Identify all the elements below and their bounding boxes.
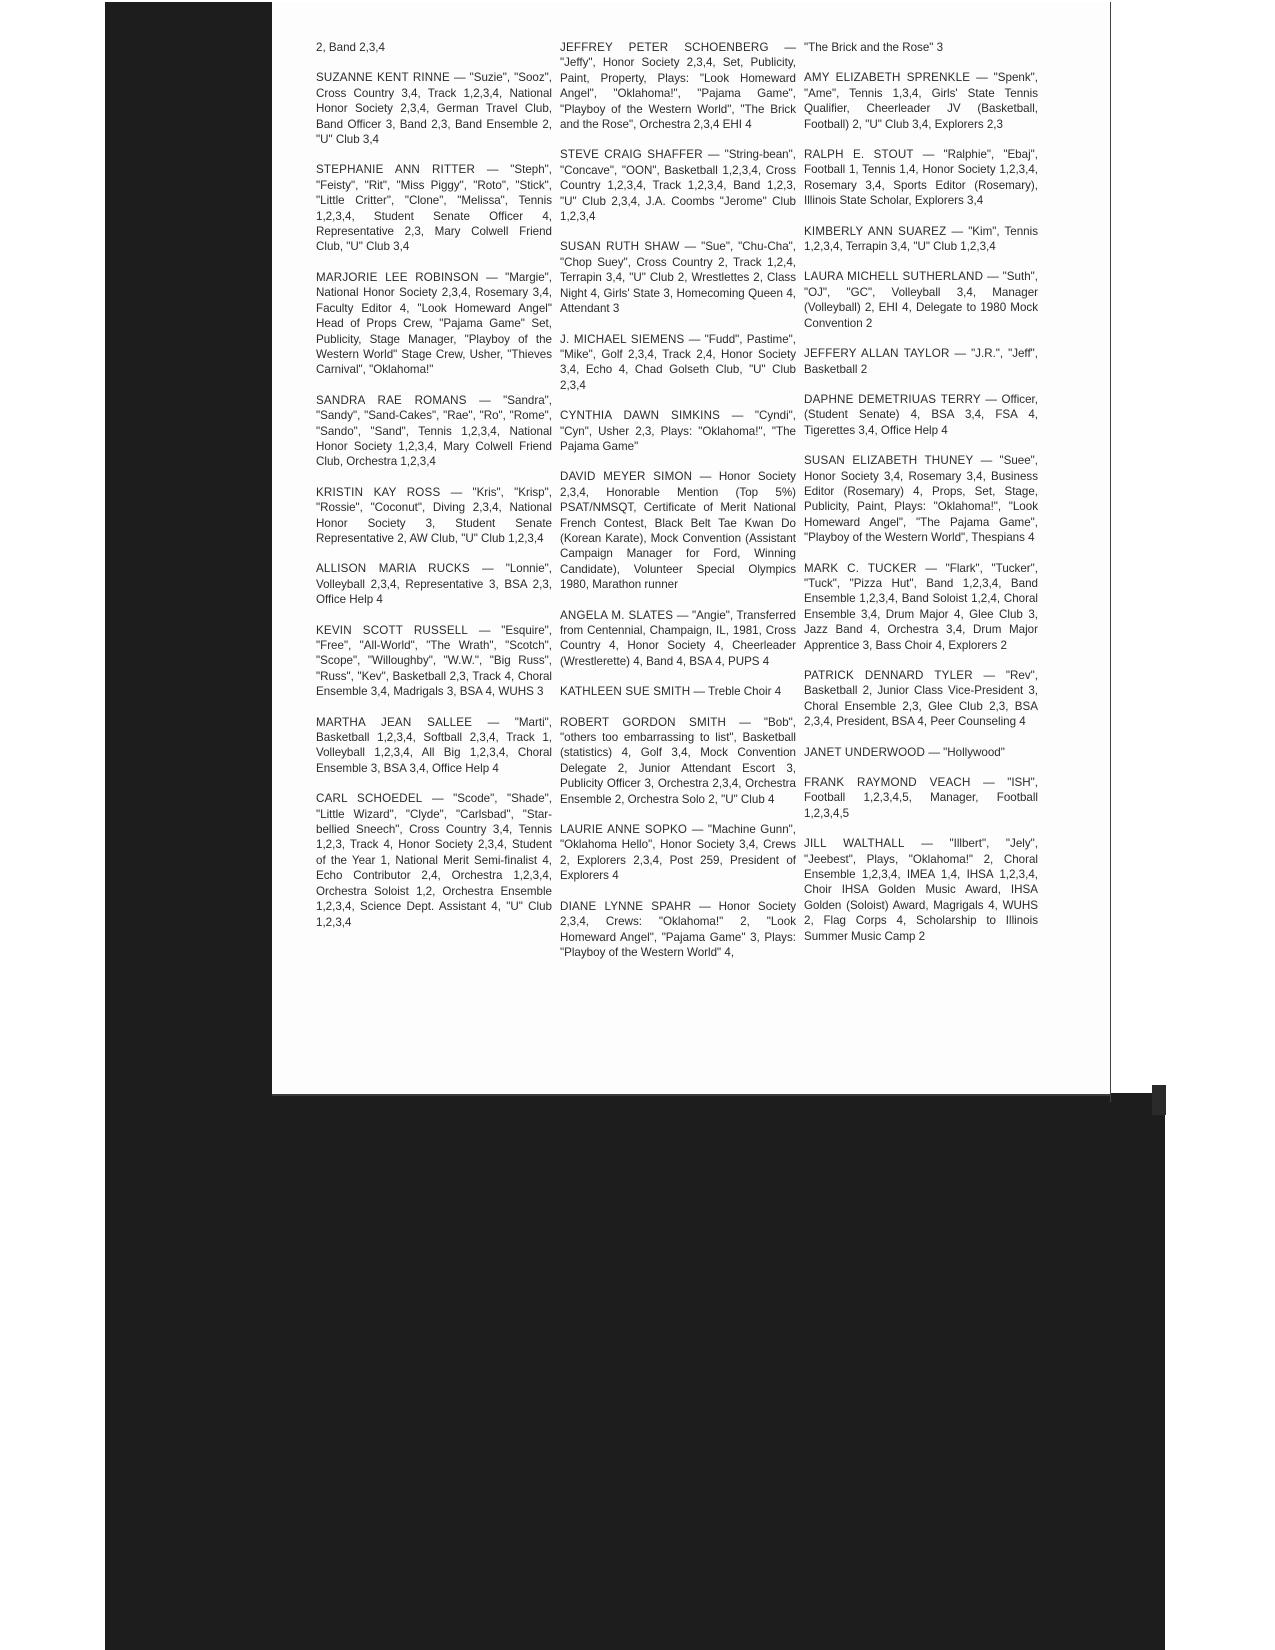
senior-entry: JEFFREY PETER SCHOENBERG — "Jeffy", Hono… bbox=[560, 40, 796, 132]
senior-entry: DAVID MEYER SIMON — Honor Society 2,3,4,… bbox=[560, 469, 796, 592]
student-name: DAVID MEYER SIMON bbox=[560, 470, 692, 483]
senior-entry: DAPHNE DEMETRIUAS TERRY — Officer, (Stud… bbox=[804, 392, 1038, 438]
senior-entry: LAURIE ANNE SOPKO — "Machine Gunn", "Okl… bbox=[560, 822, 796, 884]
senior-entry: KATHLEEN SUE SMITH — Treble Choir 4 bbox=[560, 684, 796, 699]
student-activities: "Margie", National Honor Society 2,3,4, … bbox=[316, 271, 552, 376]
student-name: ANGELA M. SLATES bbox=[560, 609, 673, 622]
scanner-background-corner bbox=[1152, 1085, 1166, 1115]
em-dash: — bbox=[973, 669, 1006, 682]
em-dash: — bbox=[973, 454, 999, 467]
em-dash: — bbox=[440, 486, 472, 499]
em-dash: — bbox=[983, 270, 1003, 283]
student-activities: "Suee", Honor Society 3,4, Rosemary 3,4,… bbox=[804, 454, 1038, 544]
senior-entry: MARJORIE LEE ROBINSON — "Margie", Nation… bbox=[316, 270, 552, 378]
student-activities: Honor Society 2,3,4, Honorable Mention (… bbox=[560, 470, 796, 591]
senior-entry: FRANK RAYMOND VEACH — "ISH", Football 1,… bbox=[804, 775, 1038, 821]
senior-entry: KIMBERLY ANN SUAREZ — "Kim", Tennis 1,2,… bbox=[804, 224, 1038, 255]
em-dash: — bbox=[479, 271, 505, 284]
continued-entry-fragment: "The Brick and the Rose" 3 bbox=[804, 40, 1038, 55]
student-name: MARTHA JEAN SALLEE bbox=[316, 716, 472, 729]
scanner-background-bottom bbox=[105, 1093, 1165, 1650]
em-dash: — bbox=[422, 792, 453, 805]
student-activities: "Steph", "Feisty", "Rit", "Miss Piggy", … bbox=[316, 163, 552, 253]
page-edge-line bbox=[1110, 2, 1111, 1102]
em-dash: — bbox=[970, 71, 993, 84]
column-1: 2, Band 2,3,4SUZANNE KENT RINNE — "Suzie… bbox=[316, 40, 552, 945]
column-3: "The Brick and the Rose" 3AMY ELIZABETH … bbox=[804, 40, 1038, 959]
senior-entry: RALPH E. STOUT — "Ralphie", "Ebaj", Foot… bbox=[804, 147, 1038, 209]
student-activities: "Jeffy", Honor Society 2,3,4, Set, Publi… bbox=[560, 56, 796, 131]
em-dash: — bbox=[703, 148, 725, 161]
student-name: CARL SCHOEDEL bbox=[316, 792, 422, 805]
em-dash: — bbox=[946, 225, 968, 238]
student-activities: "Scode", "Shade", "Little Wizard", "Clyd… bbox=[316, 792, 552, 928]
student-name: KEVIN SCOTT RUSSELL bbox=[316, 624, 468, 637]
continued-entry-fragment: 2, Band 2,3,4 bbox=[316, 40, 552, 55]
em-dash: — bbox=[905, 837, 950, 850]
em-dash: — bbox=[679, 240, 701, 253]
senior-entry: DIANE LYNNE SPAHR — Honor Society 2,3,4,… bbox=[560, 899, 796, 961]
em-dash: — bbox=[914, 148, 944, 161]
senior-entry: STEVE CRAIG SHAFFER — "String-bean", "Co… bbox=[560, 147, 796, 224]
senior-entry: KRISTIN KAY ROSS — "Kris", "Krisp", "Ros… bbox=[316, 485, 552, 547]
student-name: RALPH E. STOUT bbox=[804, 148, 914, 161]
em-dash: — bbox=[475, 163, 510, 176]
em-dash: — bbox=[673, 609, 692, 622]
student-name: FRANK RAYMOND VEACH bbox=[804, 776, 971, 789]
em-dash: — bbox=[692, 470, 719, 483]
em-dash: — bbox=[726, 716, 764, 729]
senior-entry: ANGELA M. SLATES — "Angie", Transferred … bbox=[560, 608, 796, 670]
student-activities: Treble Choir 4 bbox=[708, 685, 781, 698]
em-dash: — bbox=[981, 393, 1002, 406]
senior-entry: SUSAN RUTH SHAW — "Sue", "Chu-Cha", "Cho… bbox=[560, 239, 796, 316]
student-activities: "Illbert", "Jely", "Jeebest", Plays, "Ok… bbox=[804, 837, 1038, 942]
em-dash: — bbox=[684, 333, 704, 346]
student-name: KRISTIN KAY ROSS bbox=[316, 486, 440, 499]
student-name: SUSAN ELIZABETH THUNEY bbox=[804, 454, 973, 467]
senior-entry: JANET UNDERWOOD — "Hollywood" bbox=[804, 745, 1038, 760]
senior-entry: AMY ELIZABETH SPRENKLE — "Spenk", "Ame",… bbox=[804, 70, 1038, 132]
student-name: LAURA MICHELL SUTHERLAND bbox=[804, 270, 983, 283]
student-name: STEVE CRAIG SHAFFER bbox=[560, 148, 703, 161]
senior-entry: CYNTHIA DAWN SIMKINS — "Cyndi", "Cyn", U… bbox=[560, 408, 796, 454]
em-dash: — bbox=[950, 347, 972, 360]
senior-entry: PATRICK DENNARD TYLER — "Rev", Basketbal… bbox=[804, 668, 1038, 730]
student-name: MARK C. TUCKER bbox=[804, 562, 917, 575]
em-dash: — bbox=[450, 71, 470, 84]
em-dash: — bbox=[917, 562, 946, 575]
student-name: DIANE LYNNE SPAHR bbox=[560, 900, 691, 913]
em-dash: — bbox=[468, 624, 501, 637]
student-activities: "Bob", "others too embarrassing to list"… bbox=[560, 716, 796, 806]
senior-entry: SANDRA RAE ROMANS — "Sandra", "Sandy", "… bbox=[316, 393, 552, 470]
senior-entry: MARK C. TUCKER — "Flark", "Tucker", "Tuc… bbox=[804, 561, 1038, 653]
student-name: CYNTHIA DAWN SIMKINS bbox=[560, 409, 720, 422]
column-2: JEFFREY PETER SCHOENBERG — "Jeffy", Hono… bbox=[560, 40, 796, 975]
senior-entry: ALLISON MARIA RUCKS — "Lonnie", Volleyba… bbox=[316, 561, 552, 607]
student-name: SUZANNE KENT RINNE bbox=[316, 71, 450, 84]
senior-entry: LAURA MICHELL SUTHERLAND — "Suth", "OJ",… bbox=[804, 269, 1038, 331]
em-dash: — bbox=[691, 900, 718, 913]
senior-entry: SUZANNE KENT RINNE — "Suzie", "Sooz", Cr… bbox=[316, 70, 552, 147]
senior-entry: KEVIN SCOTT RUSSELL — "Esquire", "Free",… bbox=[316, 623, 552, 700]
student-name: AMY ELIZABETH SPRENKLE bbox=[804, 71, 970, 84]
student-activities: "Hollywood" bbox=[943, 746, 1005, 759]
student-name: DAPHNE DEMETRIUAS TERRY bbox=[804, 393, 981, 406]
student-name: PATRICK DENNARD TYLER bbox=[804, 669, 973, 682]
senior-entry: STEPHANIE ANN RITTER — "Steph", "Feisty"… bbox=[316, 162, 552, 254]
student-name: LAURIE ANNE SOPKO bbox=[560, 823, 687, 836]
em-dash: — bbox=[690, 685, 708, 698]
senior-entry: MARTHA JEAN SALLEE — "Marti", Basketball… bbox=[316, 715, 552, 777]
senior-entry: JILL WALTHALL — "Illbert", "Jely", "Jeeb… bbox=[804, 836, 1038, 944]
student-name: JEFFERY ALLAN TAYLOR bbox=[804, 347, 950, 360]
student-name: SANDRA RAE ROMANS bbox=[316, 394, 467, 407]
senior-entry: CARL SCHOEDEL — "Scode", "Shade", "Littl… bbox=[316, 791, 552, 930]
student-name: ALLISON MARIA RUCKS bbox=[316, 562, 470, 575]
student-name: JILL WALTHALL bbox=[804, 837, 905, 850]
em-dash: — bbox=[470, 562, 506, 575]
em-dash: — bbox=[925, 746, 943, 759]
student-name: KATHLEEN SUE SMITH bbox=[560, 685, 690, 698]
em-dash: — bbox=[720, 409, 755, 422]
senior-entry: JEFFERY ALLAN TAYLOR — "J.R.", "Jeff", B… bbox=[804, 346, 1038, 377]
em-dash: — bbox=[971, 776, 1008, 789]
em-dash: — bbox=[769, 41, 796, 54]
student-name: KIMBERLY ANN SUAREZ bbox=[804, 225, 946, 238]
student-name: SUSAN RUTH SHAW bbox=[560, 240, 679, 253]
senior-entry: J. MICHAEL SIEMENS — "Fudd", Pastime", "… bbox=[560, 332, 796, 394]
em-dash: — bbox=[467, 394, 503, 407]
student-name: JEFFREY PETER SCHOENBERG bbox=[560, 41, 769, 54]
student-activities: "Flark", "Tucker", "Tuck", "Pizza Hut", … bbox=[804, 562, 1038, 652]
senior-entry: ROBERT GORDON SMITH — "Bob", "others too… bbox=[560, 715, 796, 807]
student-name: J. MICHAEL SIEMENS bbox=[560, 333, 684, 346]
student-name: STEPHANIE ANN RITTER bbox=[316, 163, 475, 176]
em-dash: — bbox=[687, 823, 708, 836]
student-name: JANET UNDERWOOD bbox=[804, 746, 925, 759]
student-name: MARJORIE LEE ROBINSON bbox=[316, 271, 479, 284]
senior-entry: SUSAN ELIZABETH THUNEY — "Suee", Honor S… bbox=[804, 453, 1038, 545]
student-name: ROBERT GORDON SMITH bbox=[560, 716, 726, 729]
em-dash: — bbox=[472, 716, 515, 729]
